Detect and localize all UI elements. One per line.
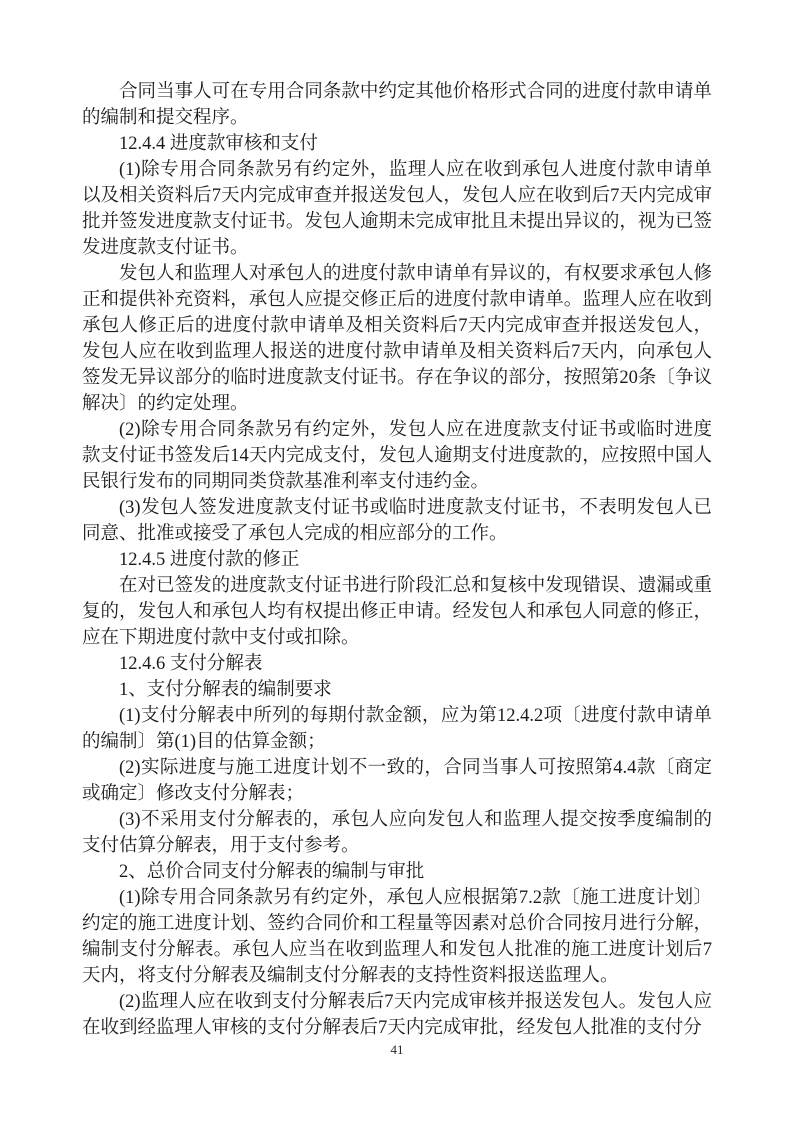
paragraph-12-4-4-item-1: (1)除专用合同条款另有约定外，监理人应在收到承包人进度付款申请单以及相关资料后… [82,157,712,261]
paragraph-12-4-6-1-item-1: (1)支付分解表中所列的每期付款金额，应为第12.4.2项〔进度付款申请单的编制… [82,703,712,755]
paragraph-12-4-4-item-2: (2)除专用合同条款另有约定外，发包人应在进度款支付证书或临时进度款支付证书签发… [82,417,712,495]
clause-heading-12-4-4: 12.4.4 进度款审核和支付 [82,131,712,157]
paragraph-12-4-6-2-item-1: (1)除专用合同条款另有约定外，承包人应根据第7.2款〔施工进度计划〕约定的施工… [82,885,712,989]
paragraph-12-4-6-1-item-3: (3)不采用支付分解表的，承包人应向发包人和监理人提交按季度编制的支付估算分解表… [82,807,712,859]
paragraph-12-4-4-dispute: 发包人和监理人对承包人的进度付款申请单有异议的，有权要求承包人修正和提供补充资料… [82,261,712,417]
page-number: 41 [0,1042,794,1058]
clause-heading-12-4-5: 12.4.5 进度付款的修正 [82,547,712,573]
paragraph-12-4-4-item-3: (3)发包人签发进度款支付证书或临时进度款支付证书，不表明发包人已同意、批准或接… [82,495,712,547]
list-heading-1: 1、支付分解表的编制要求 [82,677,712,703]
list-heading-2: 2、总价合同支付分解表的编制与审批 [82,859,712,885]
document-page: 合同当事人可在专用合同条款中约定其他价格形式合同的进度付款申请单的编制和提交程序… [0,0,794,1122]
paragraph-12-4-6-1-item-2: (2)实际进度与施工进度计划不一致的，合同当事人可按照第4.4款〔商定或确定〕修… [82,755,712,807]
clause-heading-12-4-6: 12.4.6 支付分解表 [82,651,712,677]
paragraph-12-4-6-2-item-2: (2)监理人应在收到支付分解表后7天内完成审核并报送发包人。发包人应在收到经监理… [82,989,712,1041]
paragraph-12-4-5-body: 在对已签发的进度款支付证书进行阶段汇总和复核中发现错误、遗漏或重复的，发包人和承… [82,573,712,651]
document-body: 合同当事人可在专用合同条款中约定其他价格形式合同的进度付款申请单的编制和提交程序… [82,79,712,1041]
paragraph-progress-payment-intro: 合同当事人可在专用合同条款中约定其他价格形式合同的进度付款申请单的编制和提交程序… [82,79,712,131]
